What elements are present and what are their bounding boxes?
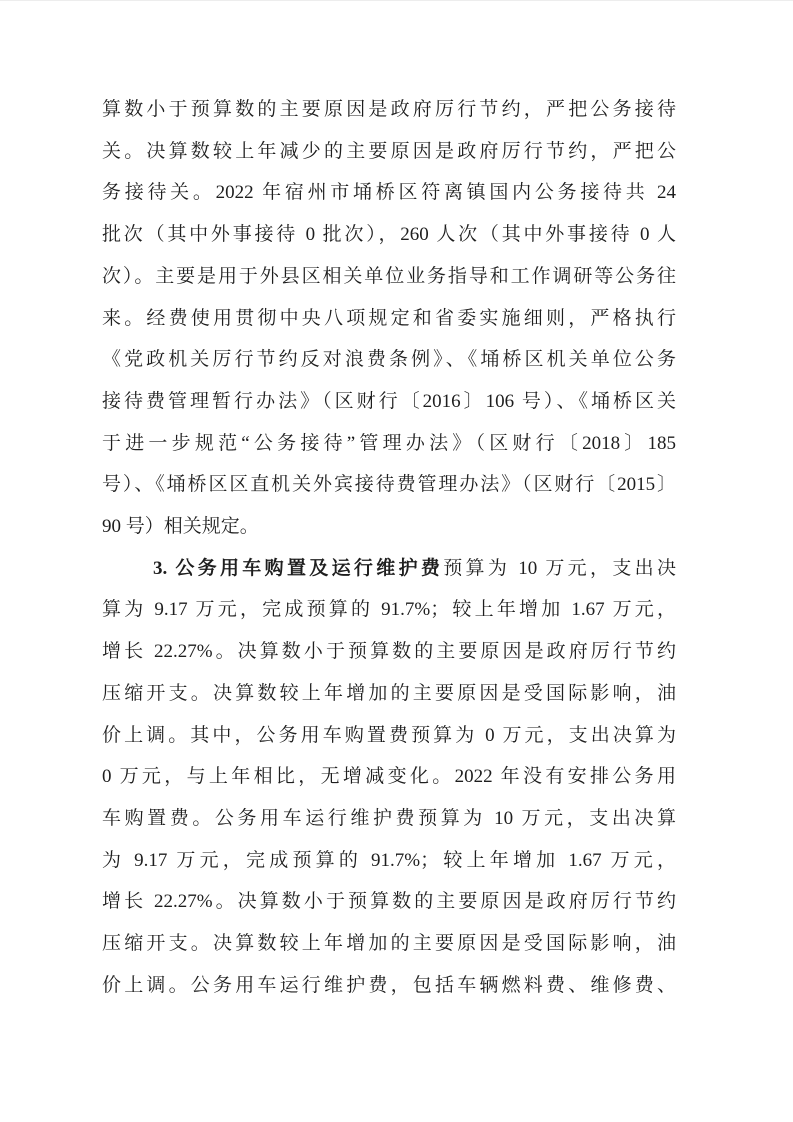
text-run: 为 9.17 万元，完成预算的 91.7%；较上年增加 1.67 万元， [102,850,676,871]
text-line: 压缩开支。决算数较上年增加的主要原因是受国际影响，油 [102,673,676,715]
text-run: 压缩开支。决算数较上年增加的主要原因是受国际影响，油 [102,933,676,954]
text-run: 次）。主要是用于外县区相关单位业务指导和工作调研等公务往 [102,266,676,287]
text-run: 压缩开支。决算数较上年增加的主要原因是受国际影响，油 [102,683,676,704]
text-line: 来。经费使用贯彻中央八项规定和省委实施细则，严格执行 [102,298,676,340]
text-run: 批次（其中外事接待 0 批次），260 人次（其中外事接待 0 人 [102,224,676,245]
text-run: 号）、《埇桥区区直机关外宾接待费管理办法》（区财行〔2015〕 [102,474,676,495]
text-run: 预算为 10 万元，支出决 [443,558,676,579]
text-run: 《党政机关厉行节约反对浪费条例》、《埇桥区机关单位公务 [102,349,676,370]
text-line: 批次（其中外事接待 0 批次），260 人次（其中外事接待 0 人 [102,214,676,256]
text-line: 增长 22.27%。决算数小于预算数的主要原因是政府厉行节约 [102,881,676,923]
vehicle-expense-bold-heading: 3. 公务用车购置及运行维护费 [153,558,443,579]
text-run: 务接待关。2022 年宿州市埇桥区符离镇国内公务接待共 24 [102,182,676,203]
text-run: 增长 22.27%。决算数小于预算数的主要原因是政府厉行节约 [102,641,676,662]
text-line: 算数小于预算数的主要原因是政府厉行节约，严把公务接待 [102,89,676,131]
text-run: 算数小于预算数的主要原因是政府厉行节约，严把公务接待 [102,99,676,120]
document-body: 算数小于预算数的主要原因是政府厉行节约，严把公务接待关。决算数较上年减少的主要原… [102,89,676,1006]
text-run: 来。经费使用贯彻中央八项规定和省委实施细则，严格执行 [102,308,676,329]
text-line: 关。决算数较上年减少的主要原因是政府厉行节约，严把公 [102,131,676,173]
document-page: 算数小于预算数的主要原因是政府厉行节约，严把公务接待关。决算数较上年减少的主要原… [0,0,793,1122]
text-line: 算为 9.17 万元，完成预算的 91.7%；较上年增加 1.67 万元， [102,589,676,631]
first-line-indent [102,573,153,574]
text-line: 《党政机关厉行节约反对浪费条例》、《埇桥区机关单位公务 [102,339,676,381]
text-run: 关。决算数较上年减少的主要原因是政府厉行节约，严把公 [102,141,676,162]
text-line: 0 万元，与上年相比，无增减变化。2022 年没有安排公务用 [102,756,676,798]
text-line: 为 9.17 万元，完成预算的 91.7%；较上年增加 1.67 万元， [102,840,676,882]
text-run: 车购置费。公务用车运行维护费预算为 10 万元，支出决算 [102,808,676,829]
text-line: 90 号）相关规定。 [102,506,676,548]
text-run: 于进一步规范“公务接待”管理办法》（区财行〔2018〕185 [102,433,676,454]
text-run: 算为 9.17 万元，完成预算的 91.7%；较上年增加 1.67 万元， [102,599,676,620]
text-run: 0 万元，与上年相比，无增减变化。2022 年没有安排公务用 [102,766,676,787]
text-line: 增长 22.27%。决算数小于预算数的主要原因是政府厉行节约 [102,631,676,673]
paragraph-vehicle-purchase-and-maintenance: 3. 公务用车购置及运行维护费预算为 10 万元，支出决算为 9.17 万元，完… [102,548,676,1007]
text-line: 务接待关。2022 年宿州市埇桥区符离镇国内公务接待共 24 [102,172,676,214]
text-run: 价上调。公务用车运行维护费，包括车辆燃料费、维修费、 [102,975,676,996]
text-line: 次）。主要是用于外县区相关单位业务指导和工作调研等公务往 [102,256,676,298]
text-line: 压缩开支。决算数较上年增加的主要原因是受国际影响，油 [102,923,676,965]
text-line: 车购置费。公务用车运行维护费预算为 10 万元，支出决算 [102,798,676,840]
paragraph-official-reception-continued: 算数小于预算数的主要原因是政府厉行节约，严把公务接待关。决算数较上年减少的主要原… [102,89,676,548]
text-line: 号）、《埇桥区区直机关外宾接待费管理办法》（区财行〔2015〕 [102,464,676,506]
text-run: 接待费管理暂行办法》（区财行〔2016〕106 号）、《埇桥区关 [102,391,676,412]
text-line: 价上调。公务用车运行维护费，包括车辆燃料费、维修费、 [102,965,676,1007]
text-line: 价上调。其中，公务用车购置费预算为 0 万元，支出决算为 [102,715,676,757]
text-run: 价上调。其中，公务用车购置费预算为 0 万元，支出决算为 [102,725,676,746]
text-line: 3. 公务用车购置及运行维护费预算为 10 万元，支出决 [102,548,676,590]
text-line: 于进一步规范“公务接待”管理办法》（区财行〔2018〕185 [102,423,676,465]
text-run: 90 号）相关规定。 [102,516,259,537]
text-line: 接待费管理暂行办法》（区财行〔2016〕106 号）、《埇桥区关 [102,381,676,423]
text-run: 增长 22.27%。决算数小于预算数的主要原因是政府厉行节约 [102,891,676,912]
